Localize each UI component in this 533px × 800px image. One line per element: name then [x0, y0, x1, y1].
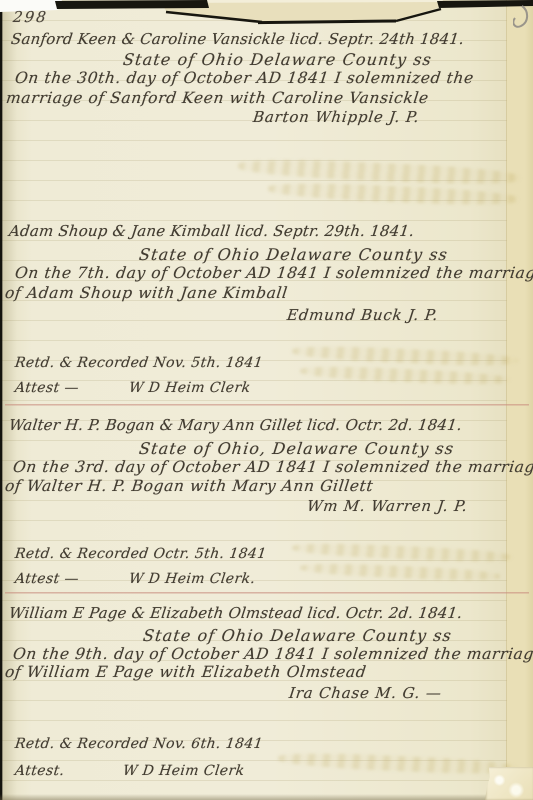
attest-label: Attest —: [14, 380, 80, 396]
entry-separator-line: [5, 592, 529, 594]
entry-body-line: of Adam Shoup with Jane Kimball: [4, 284, 289, 302]
entry-body-line: of Walter H. P. Bogan with Mary Ann Gill…: [4, 477, 374, 495]
entry-separator-line: [5, 404, 529, 406]
bottom-page-shadow: [0, 794, 533, 800]
recorded-line: Retd. & Recorded Nov. 5th. 1841: [14, 355, 264, 371]
clerk-signature: W D Heim Clerk.: [128, 571, 256, 587]
entry-header: Walter H. P. Bogan & Mary Ann Gillet lic…: [8, 416, 463, 434]
page-number: 298: [12, 8, 49, 26]
entry-venue: State of Ohio Delaware County ss: [122, 50, 433, 69]
entry-signature: Wm M. Warren J. P.: [306, 497, 469, 515]
scanned-ledger-page: 298 Sanford Keen & Caroline Vansickle li…: [0, 0, 533, 800]
entry-header: William E Page & Elizabeth Olmstead licd…: [8, 604, 463, 622]
torn-page-edge: [0, 0, 533, 28]
recorded-line: Retd. & Recorded Octr. 5th. 1841: [14, 546, 268, 562]
entry-venue: State of Ohio Delaware County ss: [142, 626, 453, 645]
entry-body-line: On the 9th. day of October AD 1841 I sol…: [12, 645, 533, 663]
entry-body-line: On the 3rd. day of October AD 1841 I sol…: [12, 458, 533, 476]
entry-body-line: of William E Page with Elizabeth Olmstea…: [4, 663, 368, 681]
attest-label: Attest.: [14, 763, 65, 779]
entry-signature: Edmund Buck J. P.: [286, 306, 439, 324]
clerk-signature: W D Heim Clerk: [128, 380, 251, 396]
entry-venue: State of Ohio Delaware County ss: [138, 245, 449, 264]
entry-signature: Ira Chase M. G. —: [288, 684, 443, 702]
adjacent-page-edge: [506, 0, 533, 800]
entry-body-line: On the 30th. day of October AD 1841 I so…: [14, 69, 475, 87]
entry-header: Adam Shoup & Jane Kimball licd. Septr. 2…: [8, 222, 415, 240]
entry-header: Sanford Keen & Caroline Vansickle licd. …: [10, 30, 465, 48]
entry-body-line: On the 7th. day of October AD 1841 I sol…: [14, 264, 533, 282]
clerk-signature: W D Heim Clerk: [122, 763, 245, 779]
entry-venue: State of Ohio, Delaware County ss: [138, 439, 455, 458]
attest-label: Attest —: [14, 571, 80, 587]
entry-signature: Barton Whipple J. P.: [252, 108, 421, 126]
recorded-line: Retd. & Recorded Nov. 6th. 1841: [14, 736, 264, 752]
page-curl-artifact: [513, 4, 529, 32]
entry-body-line: marriage of Sanford Keen with Caroline V…: [5, 89, 430, 107]
tape-repair-patch: [485, 767, 533, 800]
